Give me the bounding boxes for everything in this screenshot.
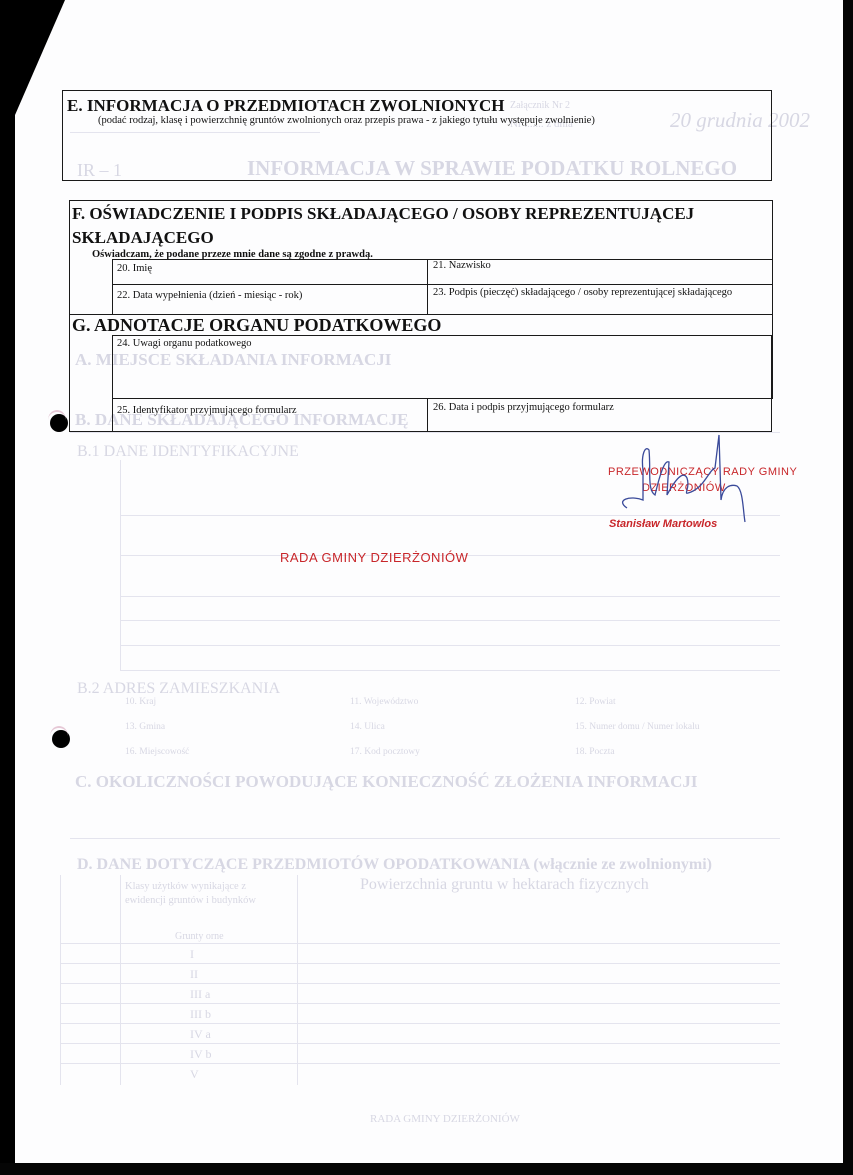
divider [112, 335, 113, 431]
ghost-footer-stamp: RADA GMINY DZIERŻONIÓW [370, 1113, 520, 1125]
divider [427, 259, 428, 314]
ghost-rule [60, 983, 780, 984]
divider [69, 398, 70, 431]
divider [69, 431, 772, 432]
ghost-address-field: 14. Ulica [350, 722, 385, 732]
ghost-soil-class: II [190, 967, 198, 982]
council-stamp: RADA GMINY DZIERŻONIÓW [280, 550, 468, 565]
field-receiver-id[interactable]: 25. Identyfikator przyjmującego formular… [117, 405, 297, 416]
ghost-rule [120, 645, 780, 646]
field-fill-date[interactable]: 22. Data wypełnienia (dzień - miesiąc - … [117, 290, 302, 301]
ghost-rule [60, 963, 780, 964]
ghost-address-field: 11. Województwo [350, 697, 418, 707]
ghost-rule [60, 1023, 780, 1024]
ghost-rule [120, 620, 780, 621]
ghost-address-field: 18. Poczta [575, 747, 615, 757]
punch-hole-upper [50, 414, 68, 432]
field-last-name[interactable]: 21. Nazwisko [433, 260, 491, 271]
ghost-address-field: 13. Gmina [125, 722, 165, 732]
ghost-address-field: 15. Numer domu / Numer lokalu [575, 722, 700, 732]
divider [112, 284, 772, 285]
ghost-section-b1: B.1 DANE IDENTYFIKACYJNE [77, 443, 299, 461]
ghost-address-field: 17. Kod pocztowy [350, 747, 420, 757]
ghost-table-subheader: Grunty orne [175, 931, 224, 942]
ghost-section-d: D. DANE DOTYCZĄCE PRZEDMIOTÓW OPODATKOWA… [77, 856, 712, 874]
ghost-rule [60, 1063, 780, 1064]
ghost-soil-class: III a [190, 987, 210, 1002]
scanned-page: Załącznik Nr 2 Nr ....... z dnia 20 grud… [15, 0, 843, 1163]
ghost-rule [60, 1003, 780, 1004]
section-f-title-1: F. OŚWIADCZENIE I PODPIS SKŁADAJĄCEGO / … [72, 204, 694, 224]
ghost-soil-class: IV a [190, 1027, 211, 1042]
section-g-title: G. ADNOTACJE ORGANU PODATKOWEGO [72, 315, 441, 336]
scan-border-bottom [0, 1163, 853, 1175]
field-first-name[interactable]: 20. Imię [117, 263, 152, 274]
section-f-title-2: SKŁADAJĄCEGO [72, 228, 214, 248]
scan-border-right [843, 0, 853, 1175]
divider [427, 398, 428, 431]
ghost-rule [297, 875, 298, 1085]
ghost-rule [70, 838, 780, 839]
ghost-rule [70, 432, 780, 433]
ghost-rule [120, 875, 121, 1085]
punch-hole-lower [52, 730, 70, 748]
ghost-address-field: 16. Miejscowość [125, 747, 189, 757]
divider [112, 398, 772, 399]
ghost-rule [120, 670, 780, 671]
ghost-rule [120, 460, 121, 670]
ghost-section-b2: B.2 ADRES ZAMIESZKANIA [77, 680, 280, 698]
ghost-section-c: C. OKOLICZNOŚCI POWODUJĄCE KONIECZNOŚĆ Z… [75, 772, 697, 792]
ghost-soil-class: V [190, 1067, 199, 1082]
ghost-soil-class: IV b [190, 1047, 211, 1062]
ghost-rule [60, 943, 780, 944]
divider [112, 335, 772, 336]
section-e-subtitle: (podać rodzaj, klasę i powierzchnię grun… [98, 115, 595, 126]
ghost-rule [60, 875, 61, 1085]
divider [771, 335, 772, 431]
ghost-rule [120, 596, 780, 597]
ghost-address-field: 10. Kraj [125, 697, 156, 707]
ghost-table-header-right: Powierzchnia gruntu w hektarach fizyczny… [360, 876, 649, 894]
divider [112, 259, 113, 314]
field-tax-office-notes[interactable]: 24. Uwagi organu podatkowego [117, 338, 252, 349]
ghost-rule [120, 515, 780, 516]
ghost-table-header-left: Klasy użytków wynikające z ewidencji gru… [125, 880, 285, 908]
section-e-title: E. INFORMACJA O PRZEDMIOTACH ZWOLNIONYCH [67, 96, 504, 116]
field-receiver-date-signature[interactable]: 26. Data i podpis przyjmującego formular… [433, 402, 614, 413]
field-signature[interactable]: 23. Podpis (pieczęć) składającego / osob… [433, 287, 732, 298]
ghost-soil-class: III b [190, 1007, 211, 1022]
ghost-address-field: 12. Powiat [575, 697, 616, 707]
chairman-stamp-line2: DZIERŻONIÓW [642, 482, 726, 494]
chairman-name-stamp: Stanisław Martowlos [609, 518, 717, 530]
chairman-stamp-line1: PRZEWODNICZĄCY RADY GMINY [608, 466, 797, 478]
ghost-soil-class: I [190, 947, 194, 962]
ghost-rule [60, 1043, 780, 1044]
